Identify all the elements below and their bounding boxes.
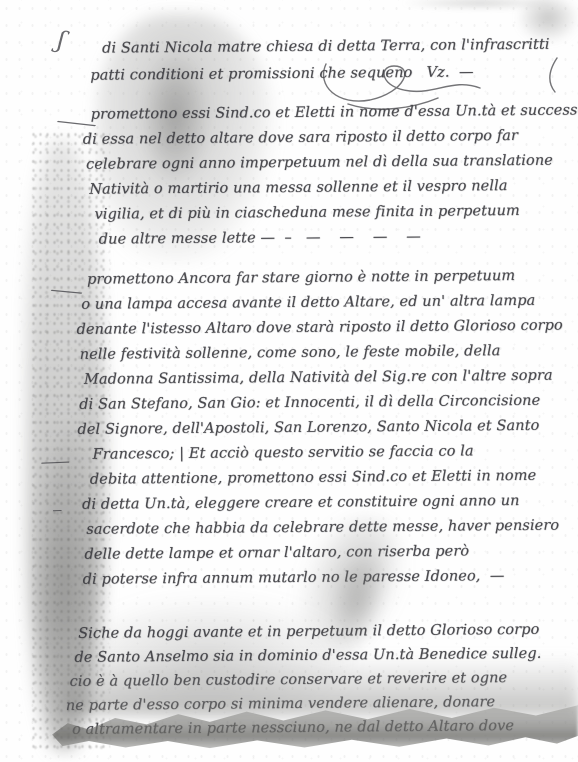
manuscript-line: o altramentare in parte nessciuno, ne da… xyxy=(72,714,542,742)
paragraph-2: promettono essi Sind.co et Eletti in nom… xyxy=(91,98,578,252)
pen-flourish-icon xyxy=(543,56,565,96)
pen-flourish-icon xyxy=(318,58,488,114)
manuscript-scan: di Santi Nicola matre chiesa di detta Te… xyxy=(0,0,578,762)
paragraph-3: promettono Ancora far stare giorno è not… xyxy=(87,264,565,593)
margin-mark: – xyxy=(52,500,63,519)
paragraph-4: Siche da hoggi avante et in perpetuum il… xyxy=(78,618,542,742)
manuscript-line: due altre messe lette — – — — — — xyxy=(99,223,578,252)
manuscript-line: di poterse infra annum mutarlo no le par… xyxy=(83,564,566,593)
margin-mark: — xyxy=(47,279,88,303)
margin-mark: — xyxy=(39,451,72,473)
